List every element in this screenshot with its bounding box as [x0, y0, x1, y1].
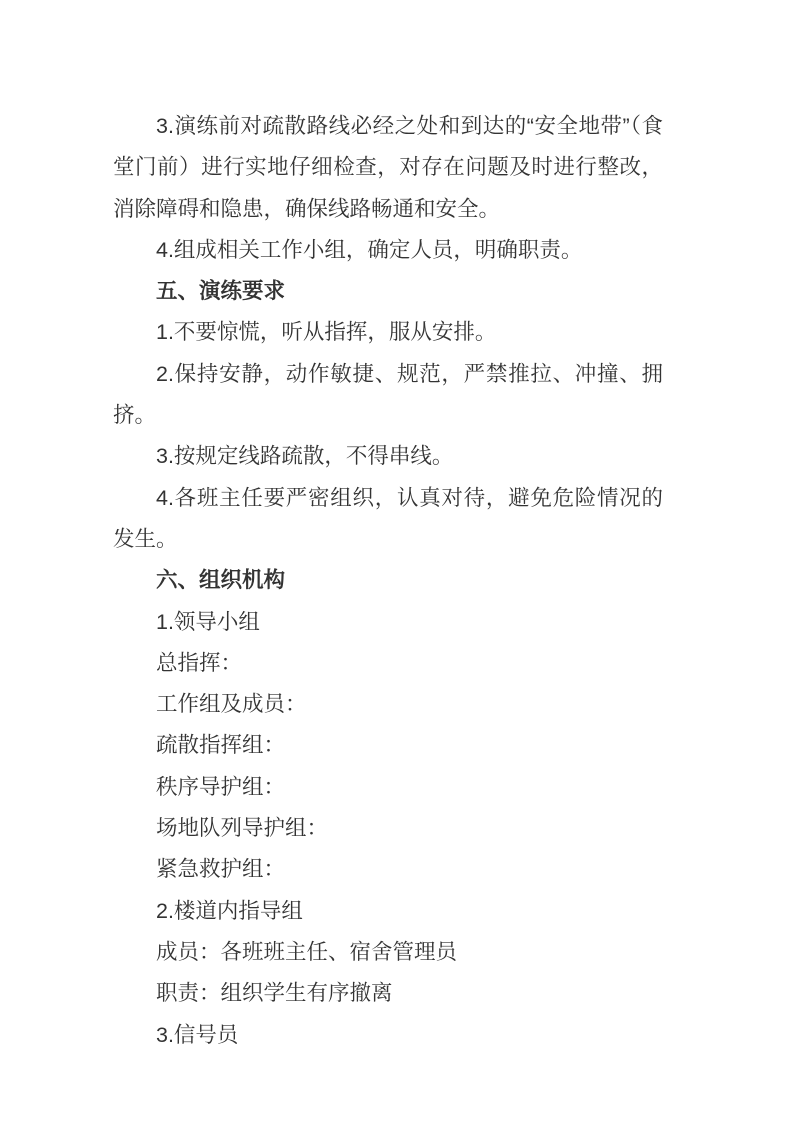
org-evacuation-command-group: 疏散指挥组：: [113, 725, 663, 766]
org-workgroup-members: 工作组及成员：: [113, 684, 663, 725]
org-corridor-group-duties: 职责：组织学生有序撤离: [113, 973, 663, 1014]
drill-requirement-item-1: 1.不要惊慌，听从指挥，服从安排。: [113, 312, 663, 353]
paragraph-route-inspection: 3.演练前对疏散路线必经之处和到达的“安全地带”（食堂门前）进行实地仔细检查，对…: [113, 106, 663, 230]
org-order-guidance-group: 秩序导护组：: [113, 767, 663, 808]
drill-requirement-item-2: 2.保持安静，动作敏捷、规范，严禁推拉、冲撞、拥挤。: [113, 354, 663, 437]
paragraph-workgroup-formation: 4.组成相关工作小组，确定人员，明确职责。: [113, 230, 663, 271]
org-emergency-rescue-group: 紧急救护组：: [113, 849, 663, 890]
org-chief-commander: 总指挥：: [113, 643, 663, 684]
org-signalman: 3.信号员: [113, 1015, 663, 1056]
org-corridor-group-members: 成员：各班班主任、宿舍管理员: [113, 932, 663, 973]
drill-requirement-item-3: 3.按规定线路疏散，不得串线。: [113, 436, 663, 477]
section-heading-drill-requirements: 五、演练要求: [113, 271, 663, 312]
org-leading-group: 1.领导小组: [113, 602, 663, 643]
org-corridor-guidance-group: 2.楼道内指导组: [113, 891, 663, 932]
org-field-formation-guidance-group: 场地队列导护组：: [113, 808, 663, 849]
section-heading-organization: 六、组织机构: [113, 560, 663, 601]
drill-requirement-item-4: 4.各班主任要严密组织，认真对待，避免危险情况的发生。: [113, 478, 663, 561]
document-page: 3.演练前对疏散路线必经之处和到达的“安全地带”（食堂门前）进行实地仔细检查，对…: [0, 0, 793, 1122]
